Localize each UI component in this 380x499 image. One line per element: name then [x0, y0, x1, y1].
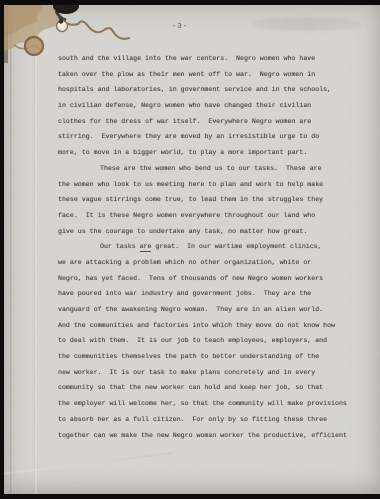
text-line: new worker. It is our task to make plans…	[58, 365, 358, 381]
text-line: to absorb her as a full citizen. For onl…	[58, 412, 358, 428]
text-line: hospitals and laboratories, in governmen…	[58, 82, 358, 98]
text-line: these vague stirrings come true, to lead…	[58, 192, 358, 208]
text-segment: Our tasks	[100, 243, 140, 250]
text-segment: great. In our wartime employment clinics…	[151, 243, 321, 250]
document-page: -3- south and the village into the war c…	[4, 5, 380, 494]
document-text: south and the village into the war cente…	[58, 51, 358, 443]
left-edge-crease	[10, 5, 13, 494]
text-line: stirring. Everywhere they are moved by a…	[58, 129, 358, 145]
text-line: community so that the new worker can hol…	[58, 380, 358, 396]
text-line: Our tasks are great. In our wartime empl…	[58, 239, 358, 255]
text-line: have poured into war industry and govern…	[58, 286, 358, 302]
text-line: Negro, has yet faced. Tens of thousands …	[58, 271, 358, 287]
text-line: taken over the plow as their men went of…	[58, 67, 358, 83]
text-line: the communities themselves the path to b…	[58, 349, 358, 365]
text-line: south and the village into the war cente…	[58, 51, 358, 67]
underlined-word: are	[140, 243, 152, 252]
vertical-crease	[34, 5, 38, 494]
text-line: face. It is these Negro women everywhere…	[58, 208, 358, 224]
text-line: more, to move in a bigger world, to play…	[58, 145, 358, 161]
text-line: the employer will welcome her, so that t…	[58, 396, 358, 412]
text-line: vanguard of the awakening Negro woman. T…	[58, 302, 358, 318]
diagonal-crease	[4, 452, 173, 478]
text-line: to deal with them. It is our job to teac…	[58, 333, 358, 349]
text-line: together can we make the new Negro woman…	[58, 428, 358, 444]
text-line: These are the women who bend us to our t…	[58, 161, 358, 177]
scanned-document: -3- south and the village into the war c…	[0, 0, 380, 499]
text-line: in civilian defense, Negro women who hav…	[58, 98, 358, 114]
text-line: the women who look to us meeting here to…	[58, 177, 358, 193]
text-line: we are attacking a problem which no othe…	[58, 255, 358, 271]
text-line: clothes for the dress of war itself. Eve…	[58, 114, 358, 130]
text-line: give us the courage to undertake any tas…	[58, 224, 358, 240]
text-line: And the communities and factories into w…	[58, 318, 358, 334]
page-number: -3-	[4, 23, 356, 31]
